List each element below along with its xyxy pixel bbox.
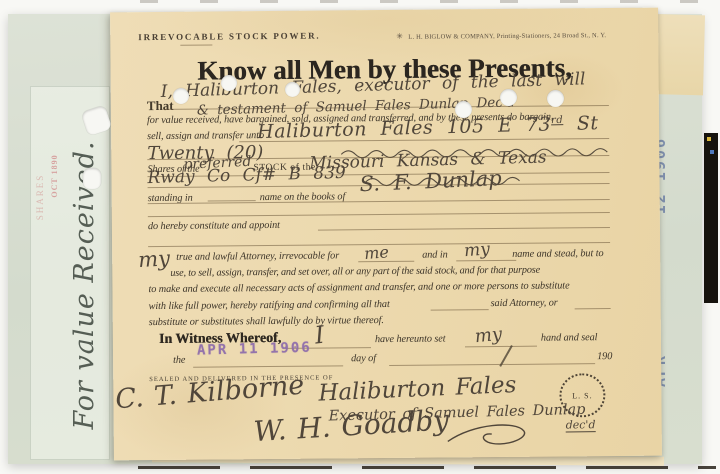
handwritten-company-line2: Rway Co Cf# B 839 — [147, 163, 346, 188]
handwritten-me: me — [363, 242, 389, 263]
handwritten-my-1: my — [137, 246, 170, 272]
witness2-signature: W. H. Goadby — [253, 403, 450, 448]
ls-seal-text: L. S. — [572, 391, 592, 400]
the-label: the — [173, 355, 185, 366]
scan-void-strip — [704, 133, 718, 303]
make-line: to make and execute all necessary acts o… — [148, 280, 569, 295]
apr-11-1906-stamp: APR 11 1906 — [197, 340, 312, 359]
power-line-b: said Attorney, or — [491, 298, 558, 310]
ghost-oct-1890-stamp: OCT 1890 — [50, 146, 64, 206]
scan-bottom-edge — [138, 466, 716, 469]
form-rule — [148, 212, 610, 217]
form-title-underline — [180, 45, 212, 46]
printer-credit: L. H. BIGLOW & COMPANY, Printing-Station… — [408, 32, 606, 41]
punch-hole — [455, 101, 472, 118]
year-prefix: 190 — [597, 351, 612, 362]
handwritten-my-3: my — [474, 324, 503, 348]
day-of-label: day of — [351, 353, 376, 364]
attorney-line-c: name and stead, but to — [512, 248, 603, 260]
form-rule — [575, 308, 611, 309]
substitute-line: substitute or substitutes shall lawfully… — [149, 315, 384, 328]
punch-hole — [83, 168, 101, 189]
scanned-document-scene: SHARES OCT 1890 For value Received. APR … — [0, 0, 720, 474]
punch-hole — [285, 82, 300, 97]
punch-hole — [221, 75, 237, 91]
form-title-label: IRREVOCABLE STOCK POWER. — [138, 31, 320, 43]
signature-flourish — [444, 421, 534, 452]
handwritten-books-name: S. F. Dunlap — [359, 166, 502, 196]
power-line-a: with like full power, hereby ratifying a… — [149, 299, 390, 312]
punch-hole — [500, 89, 517, 106]
stock-power-document: IRREVOCABLE STOCK POWER. ✳ L. H. BIGLOW … — [110, 8, 662, 461]
scan-speck — [707, 137, 711, 141]
witness1-signature: C. T. Kilborne — [114, 370, 305, 416]
use-line: use, to sell, assign, transfer, and set … — [170, 265, 540, 279]
form-rule — [318, 227, 610, 231]
punch-hole — [547, 90, 564, 107]
handwritten-my-2: my — [463, 239, 490, 261]
transferee-street: St — [563, 112, 599, 135]
form-rule — [431, 309, 489, 311]
attorney-line-a: true and lawful Attorney, irrevocable fo… — [176, 250, 339, 262]
deceased-note: dec'd — [566, 418, 596, 432]
transferee-ordinal-superscript: rd — [551, 115, 563, 126]
witness-end: hand and seal — [541, 332, 598, 343]
ls-seal: L. S. — [559, 373, 605, 417]
attorney-line-b: and in — [422, 249, 448, 260]
constitute-line: do hereby constitute and appoint — [148, 220, 280, 232]
principal-signature: Haliburton Fales — [318, 372, 517, 407]
form-rule — [193, 365, 343, 367]
printer-ornament-icon: ✳ — [396, 32, 403, 41]
form-rule — [389, 363, 595, 366]
scan-speck — [710, 150, 714, 154]
witness-mid: have hereunto set — [375, 333, 446, 345]
scan-top-edge — [140, 0, 720, 3]
punch-hole — [173, 88, 189, 104]
